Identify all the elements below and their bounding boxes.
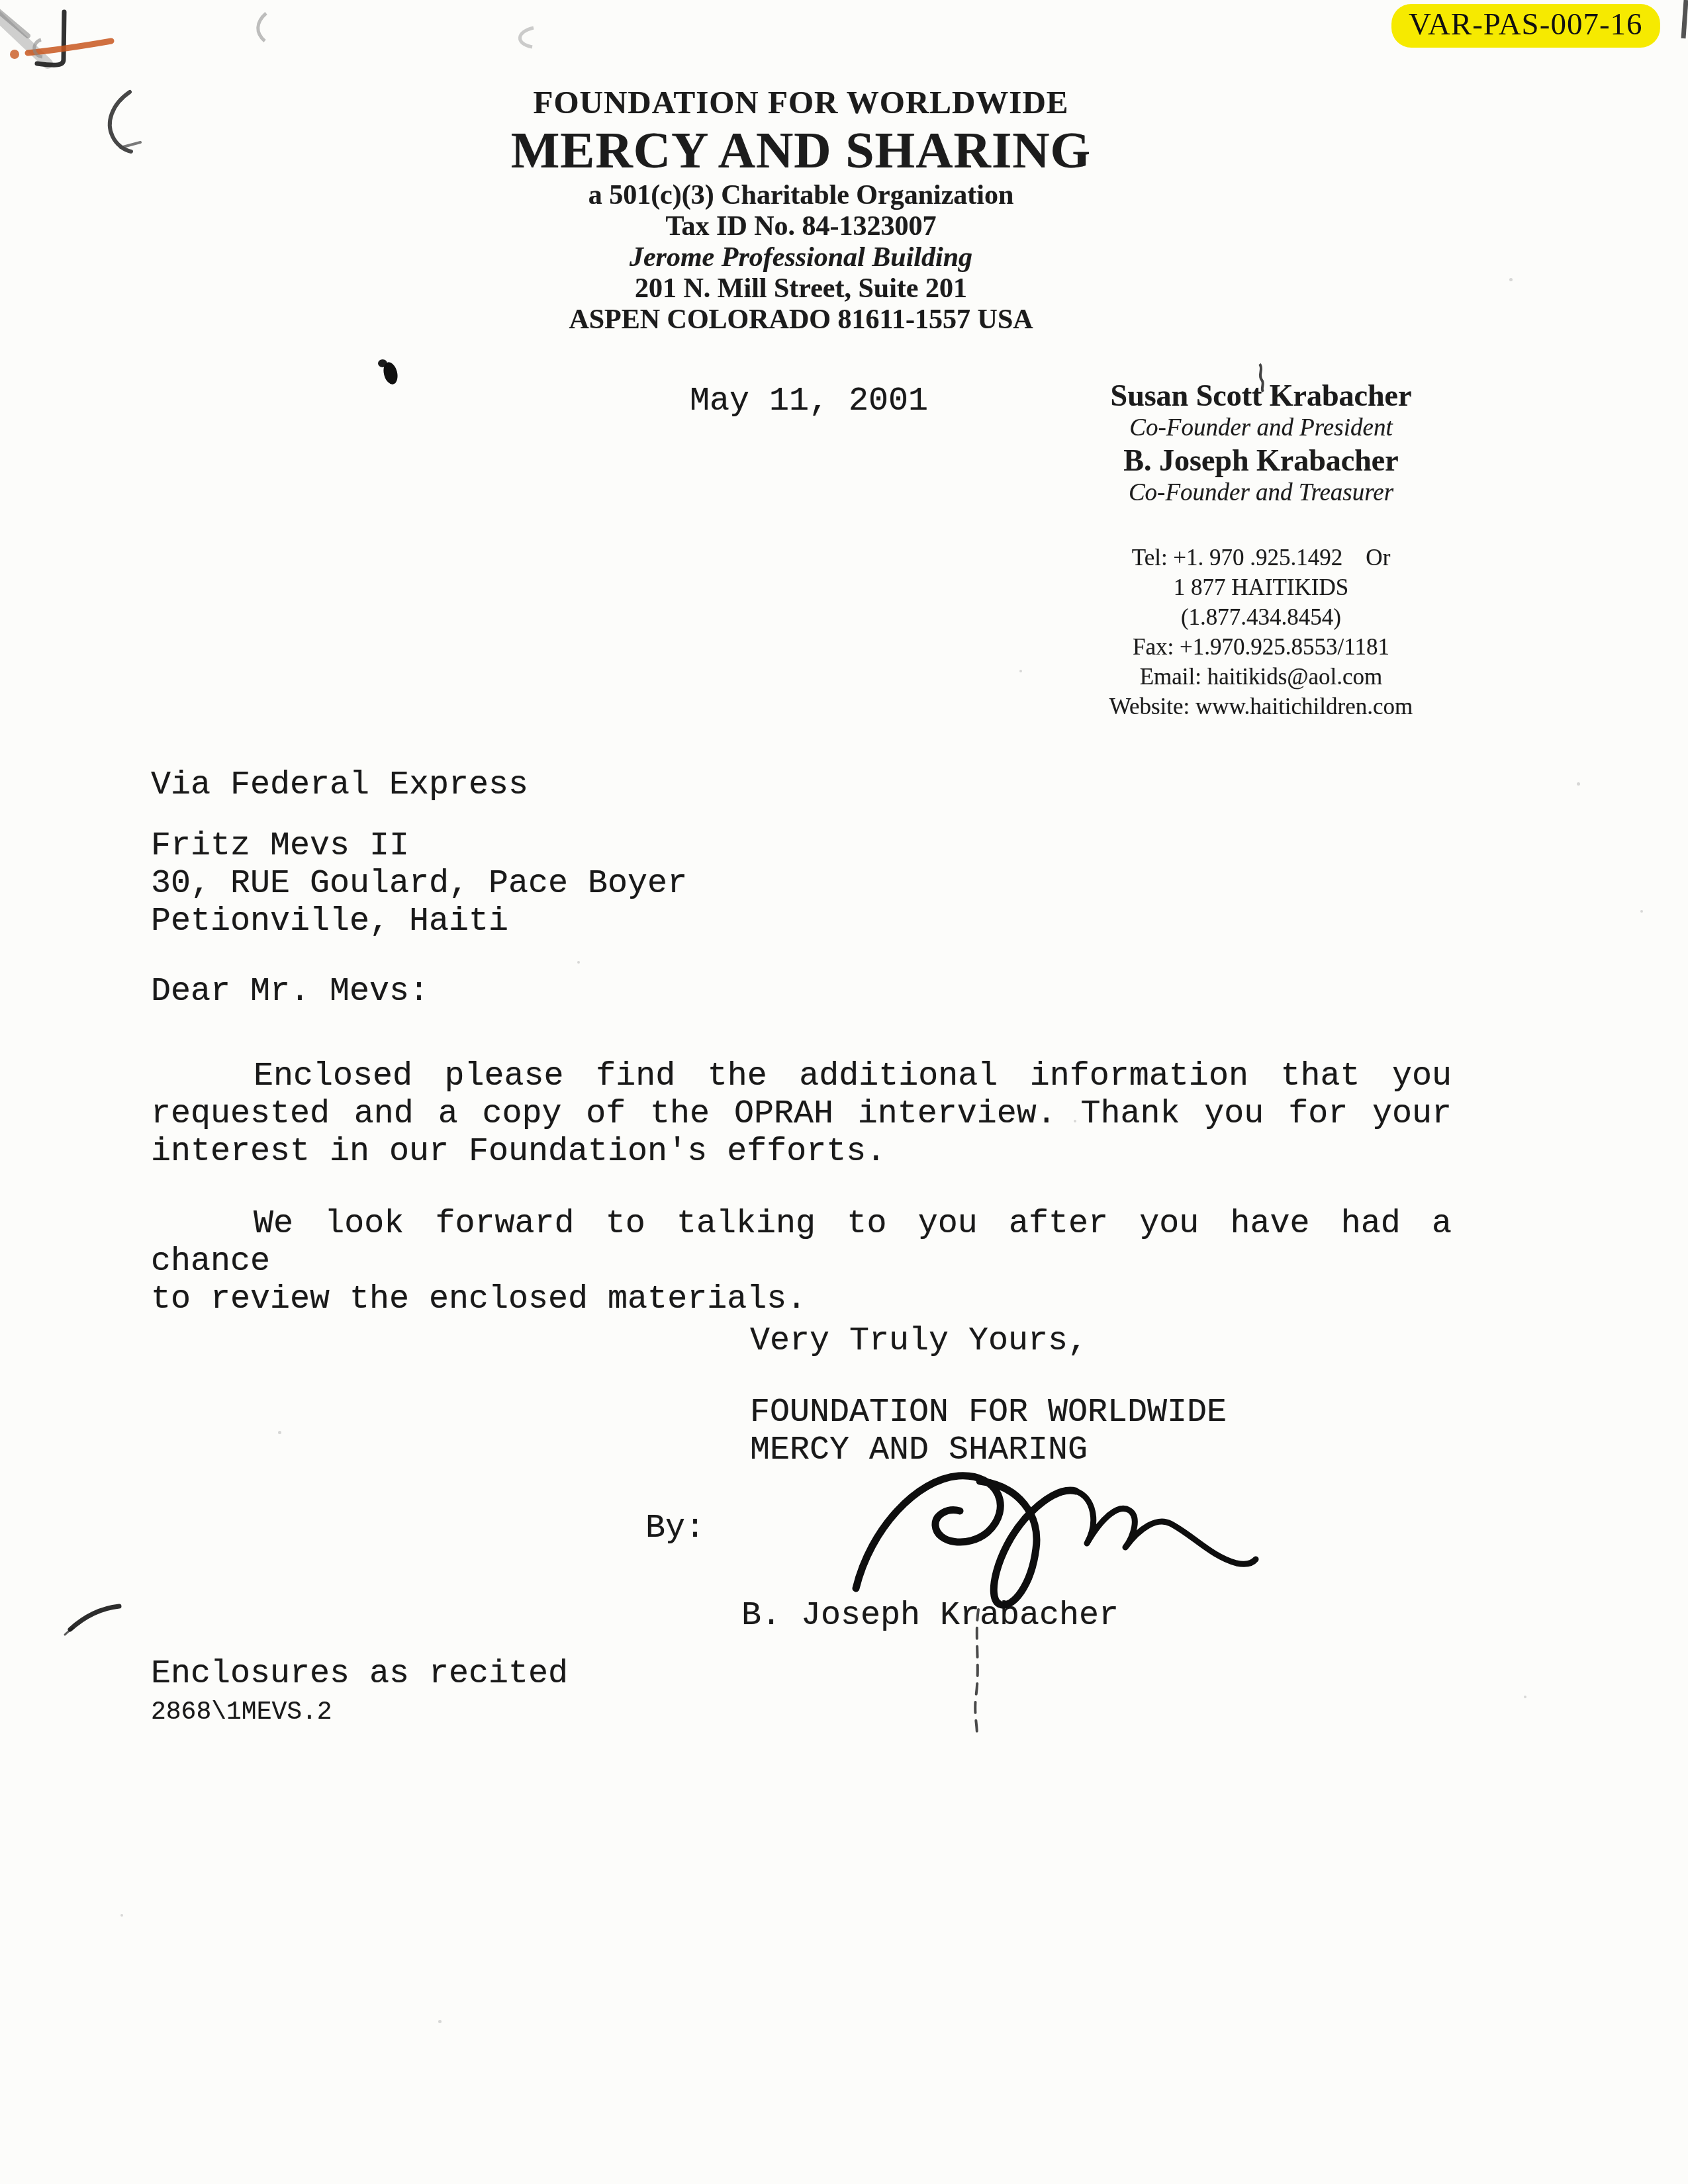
scan-speck — [120, 1914, 123, 1917]
scan-artifact-orange-blob — [10, 50, 19, 59]
scan-speck — [438, 2020, 442, 2023]
contact-website: Website: www.haitichildren.com — [1086, 692, 1436, 721]
scan-artifact-vertical-pen-line — [37, 12, 64, 65]
scan-speck — [278, 1431, 281, 1434]
scan-speck — [1524, 1696, 1526, 1698]
org-charitable-line: a 501(c)(3) Charitable Organization — [0, 180, 1602, 211]
salutation: Dear Mr. Mevs: — [151, 973, 1452, 1011]
signer-name: B. Joseph Krabacher — [741, 1597, 1119, 1635]
closing-organization: FOUNDATION FOR WORLDWIDE MERCY AND SHARI… — [750, 1394, 1478, 1469]
paragraph-line: to review the enclosed materials. — [151, 1281, 1452, 1318]
officers-contact-column: Susan Scott Krabacher Co-Founder and Pre… — [1086, 379, 1436, 721]
recipient-name: Fritz Mevs II — [151, 827, 1452, 865]
officer-name: B. Joseph Krabacher — [1086, 443, 1436, 478]
exhibit-label-text: VAR-PAS-007-16 — [1409, 7, 1643, 42]
paragraph-line: requested and a copy of the OPRAH interv… — [151, 1095, 1452, 1133]
delivery-method-line: Via Federal Express — [151, 766, 1452, 804]
scan-artifact-edge-sliver — [1683, 0, 1686, 38]
scan-speck — [1640, 910, 1643, 913]
scan-artifact-corner-streak — [0, 15, 48, 64]
scan-artifact-ink-blot — [378, 359, 400, 386]
recipient-address: Fritz Mevs II 30, RUE Goulard, Pace Boye… — [151, 827, 1452, 940]
recipient-city: Petionville, Haiti — [151, 903, 1452, 940]
officer-name: Susan Scott Krabacher — [1086, 379, 1436, 413]
closing-org-line1: FOUNDATION FOR WORLDWIDE — [750, 1394, 1478, 1432]
org-name-line2: MERCY AND SHARING — [0, 120, 1602, 180]
scan-speck — [1577, 782, 1580, 786]
letterhead: FOUNDATION FOR WORLDWIDE MERCY AND SHARI… — [0, 85, 1602, 336]
paragraph-1: Enclosed please find the additional info… — [151, 1058, 1452, 1171]
scan-artifact-corner-streak2 — [0, 8, 28, 36]
org-city-line: ASPEN COLORADO 81611-1557 USA — [0, 304, 1602, 336]
contact-fax: Fax: +1.970.925.8553/1181 — [1086, 632, 1436, 662]
scan-speck — [577, 961, 580, 964]
contact-block: Tel: +1. 970 .925.1492 Or 1 877 HAITIKID… — [1086, 543, 1436, 721]
org-taxid-line: Tax ID No. 84-1323007 — [0, 211, 1602, 242]
closing-org-line2: MERCY AND SHARING — [750, 1432, 1478, 1469]
contact-email: Email: haitikids@aol.com — [1086, 662, 1436, 692]
org-building-line: Jerome Professional Building — [0, 242, 1602, 273]
enclosures-note: Enclosures as recited — [151, 1655, 568, 1693]
contact-tollfree: 1 877 HAITIKIDS — [1086, 572, 1436, 602]
scan-artifact-c-curve — [520, 28, 534, 47]
org-name-line1: FOUNDATION FOR WORLDWIDE — [0, 85, 1602, 120]
letter-date: May 11, 2001 — [690, 383, 928, 420]
paragraph-line: Enclosed please find the additional info… — [151, 1058, 1452, 1095]
scan-speck — [1074, 1120, 1076, 1122]
recipient-street: 30, RUE Goulard, Pace Boyer — [151, 865, 1452, 903]
valediction: Very Truly Yours, — [750, 1322, 1478, 1360]
scan-artifact-pen-swoosh-tail — [65, 1628, 73, 1635]
contact-tollfree-number: (1.877.434.8454) — [1086, 602, 1436, 632]
scan-artifact-paren-curve — [258, 13, 266, 41]
file-reference: 2868\1MEVS.2 — [151, 1698, 332, 1727]
officer-title: Co-Founder and Treasurer — [1086, 478, 1436, 508]
paragraph-2: We look forward to talking to you after … — [151, 1205, 1452, 1318]
scan-artifact-pen-swoosh — [70, 1606, 119, 1629]
org-street-line: 201 N. Mill Street, Suite 201 — [0, 273, 1602, 304]
scan-speck — [1509, 278, 1513, 281]
exhibit-label: VAR-PAS-007-16 — [1391, 4, 1660, 48]
scan-speck — [1019, 670, 1022, 672]
officer-title: Co-Founder and President — [1086, 413, 1436, 443]
scan-artifact-gray-curl — [34, 40, 42, 57]
scan-artifact-orange-streak — [28, 41, 111, 53]
contact-tel: Tel: +1. 970 .925.1492 Or — [1086, 543, 1436, 572]
paragraph-line: interest in our Foundation's efforts. — [151, 1133, 1452, 1171]
paragraph-line: We look forward to talking to you after … — [151, 1205, 1452, 1281]
scanned-letter-page: VAR-PAS-007-16 FOUNDATION FOR WORLDWIDE … — [0, 0, 1688, 2184]
by-label: By: — [645, 1510, 705, 1547]
